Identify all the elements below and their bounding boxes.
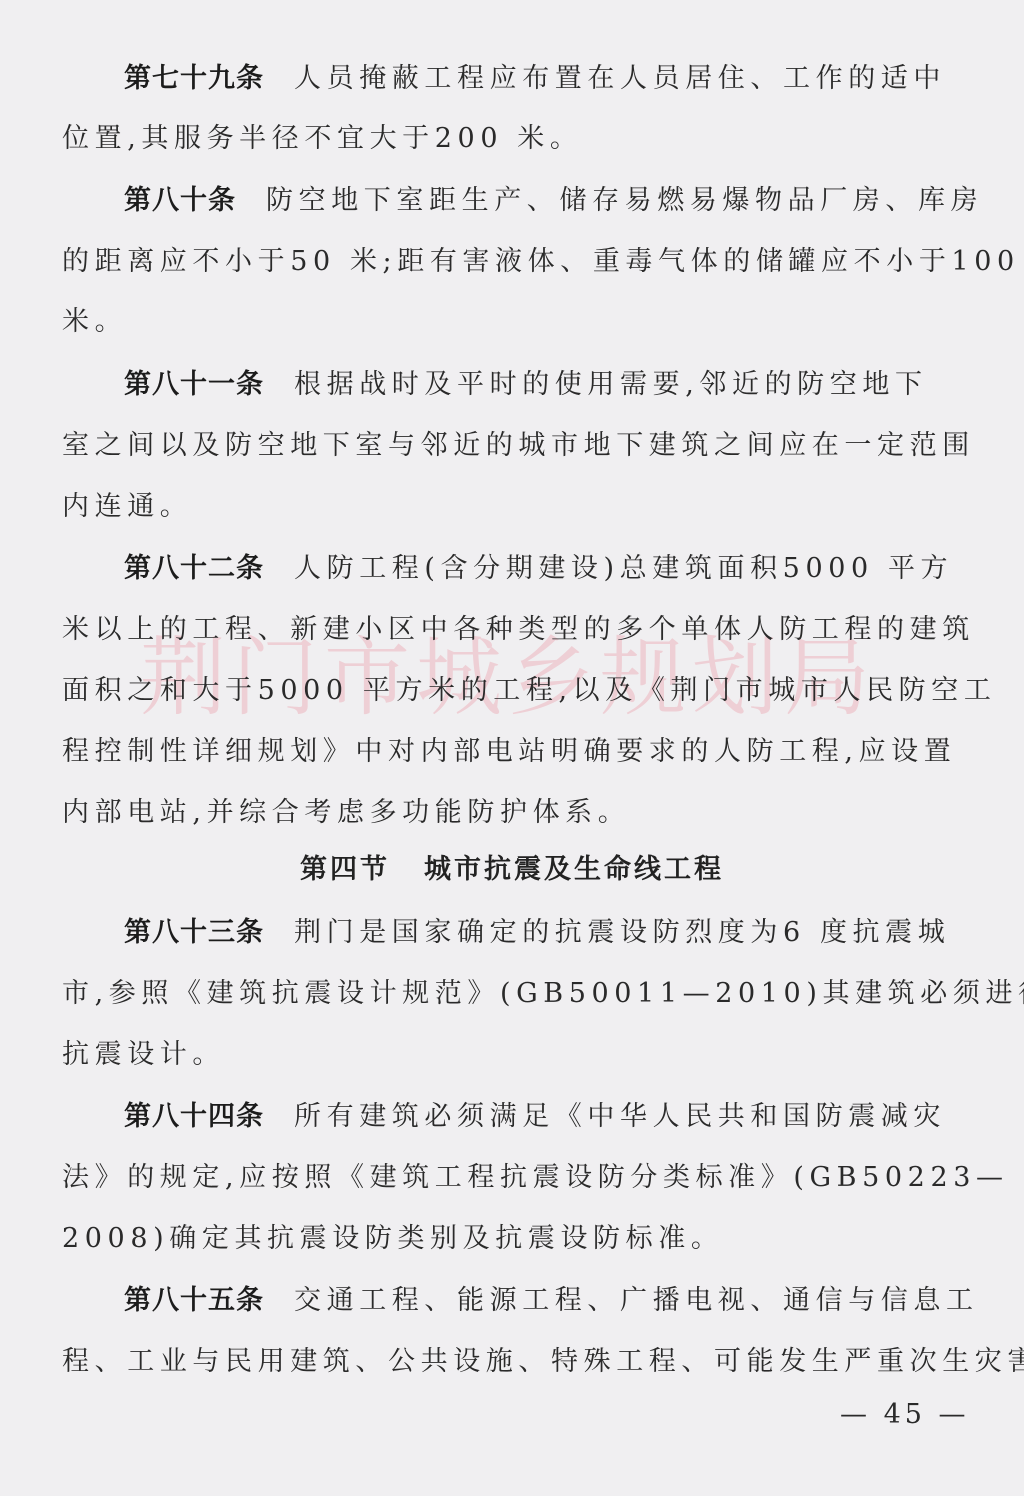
article-text: 交通工程、能源工程、广播电视、通信与信息工 — [294, 1285, 979, 1316]
article-84-line-3: 2008)确定其抗震设防类别及抗震设防标准。 — [62, 1222, 972, 1256]
article-82-line-2: 米以上的工程、新建小区中各种类型的多个单体人防工程的建筑 — [62, 613, 972, 647]
document-page: 荆门市城乡规划局 第七十九条人员掩蔽工程应布置在人员居住、工作的适中 位置,其服… — [0, 0, 1024, 1496]
article-80-line-1: 第八十条防空地下室距生产、储存易燃易爆物品厂房、库房 — [124, 184, 972, 218]
article-82-line-5: 内部电站,并综合考虑多功能防护体系。 — [62, 796, 972, 830]
article-number: 第八十条 — [124, 185, 236, 216]
section-title: 城市抗震及生命线工程 — [424, 854, 724, 885]
article-80-line-2: 的距离应不小于50 米;距有害液体、重毒气体的储罐应不小于100 — [62, 245, 972, 279]
article-text: 人员掩蔽工程应布置在人员居住、工作的适中 — [294, 63, 946, 94]
article-83-line-2: 市,参照《建筑抗震设计规范》(GB50011—2010)其建筑必须进行 — [62, 977, 972, 1011]
article-number: 第八十三条 — [124, 917, 264, 948]
article-number: 第八十四条 — [124, 1101, 264, 1132]
article-79-line-2: 位置,其服务半径不宜大于200 米。 — [62, 122, 972, 156]
article-82-line-3: 面积之和大于5000 平方米的工程,以及《荆门市城市人民防空工 — [62, 674, 972, 708]
article-number: 第八十一条 — [124, 369, 264, 400]
page-number: — 45 — — [840, 1398, 970, 1432]
article-number: 第八十五条 — [124, 1285, 264, 1316]
article-84-line-1: 第八十四条所有建筑必须满足《中华人民共和国防震减灾 — [124, 1100, 972, 1134]
article-79-line-1: 第七十九条人员掩蔽工程应布置在人员居住、工作的适中 — [124, 62, 972, 96]
section-number: 第四节 — [300, 854, 390, 885]
article-83-line-3: 抗震设计。 — [62, 1038, 972, 1072]
article-number: 第八十二条 — [124, 553, 264, 584]
article-text: 所有建筑必须满足《中华人民共和国防震减灾 — [294, 1101, 946, 1132]
article-83-line-1: 第八十三条荆门是国家确定的抗震设防烈度为6 度抗震城 — [124, 916, 972, 950]
article-text: 荆门是国家确定的抗震设防烈度为6 度抗震城 — [294, 917, 950, 948]
article-text: 人防工程(含分期建设)总建筑面积5000 平方 — [294, 553, 953, 584]
article-text: 根据战时及平时的使用需要,邻近的防空地下 — [294, 369, 928, 400]
section-heading: 第四节城市抗震及生命线工程 — [0, 853, 1024, 887]
article-80-line-3: 米。 — [62, 305, 972, 339]
article-text: 防空地下室距生产、储存易燃易爆物品厂房、库房 — [266, 185, 983, 216]
article-85-line-2: 程、工业与民用建筑、公共设施、特殊工程、可能发生严重次生灾害 — [62, 1345, 972, 1379]
article-85-line-1: 第八十五条交通工程、能源工程、广播电视、通信与信息工 — [124, 1284, 972, 1318]
article-number: 第七十九条 — [124, 63, 264, 94]
article-82-line-1: 第八十二条人防工程(含分期建设)总建筑面积5000 平方 — [124, 552, 972, 586]
article-81-line-1: 第八十一条根据战时及平时的使用需要,邻近的防空地下 — [124, 368, 972, 402]
article-84-line-2: 法》的规定,应按照《建筑工程抗震设防分类标准》(GB50223— — [62, 1161, 972, 1195]
article-82-line-4: 程控制性详细规划》中对内部电站明确要求的人防工程,应设置 — [62, 735, 972, 769]
article-81-line-3: 内连通。 — [62, 490, 972, 524]
article-81-line-2: 室之间以及防空地下室与邻近的城市地下建筑之间应在一定范围 — [62, 429, 972, 463]
